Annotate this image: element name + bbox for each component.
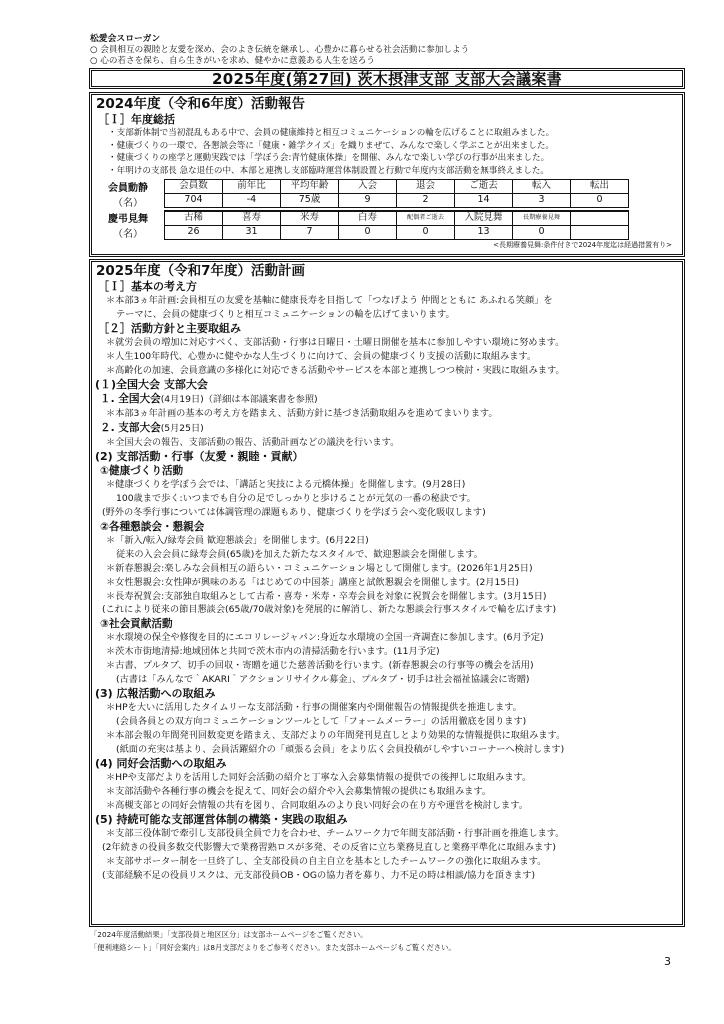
slogan-line: ○ 会員相互の親睦と友愛を深め、会のよき伝統を継承し、心豊かに暮らせる社会活動に… xyxy=(90,45,690,56)
summary-item: ・健康づくりの一環で、各懇談会等に「健康・雑学クイズ」を織りまぜて、みんなで楽し… xyxy=(108,140,682,153)
plan-item: ＊健康づくりを学ぼう会では、「講話と実技による元橋体操」を開催します。(9月28… xyxy=(106,478,682,492)
table-header-row: 古稀 喜寿 米寿 白寿 配偶者ご逝去 入院見舞 長期療養見舞 xyxy=(165,211,629,226)
table-cell: 7 xyxy=(281,225,339,239)
plan-item: ＊長寿祝賀会:支部独自取組みとして古希・喜寿・米寿・卒寿会員を対象に祝賀会を開催… xyxy=(106,590,682,604)
plan-text: (4) 同好会活動への取組み xyxy=(95,757,227,770)
table-cell xyxy=(571,211,629,226)
table-row: 704 -4 75歳 9 2 14 3 0 xyxy=(165,193,629,207)
page-number: 3 xyxy=(664,955,671,968)
plan-text: (3) 広報活動への取組み xyxy=(95,687,216,700)
plan-item: ＊全国大会の報告、支部活動の報告、活動計画などの議決を行います。 xyxy=(106,436,682,450)
slogan-line: ○ 心の若さを保ち、自ら生きがいを求め、健やかに意義ある人生を送ろう xyxy=(90,56,690,67)
plan-subheading: ［２］活動方針と主要取組み xyxy=(98,322,682,336)
table-cell: 白寿 xyxy=(339,211,397,226)
plan-text: ＊健康づくりを学ぼう会では、「講話と実技による元橋体操」を開催します。(9月28… xyxy=(106,479,465,490)
table-cell: 前年比 xyxy=(223,179,281,193)
table-cell: 0 xyxy=(513,225,571,239)
plan-item: 100歳まで歩く:いつまでも自分の足でしっかりと歩けることが元気の一番の秘訣です… xyxy=(116,492,682,506)
plan-item: ＊新春懇親会:楽しみな会員相互の語らい・コミュニケーション場として開催します。(… xyxy=(106,562,682,576)
plan-text: 従来の入会会員に緑寿会員(65歳)を加えた新たなスタイルで、歓迎懇談会を開催しま… xyxy=(116,549,483,560)
plan-text: (2年続きの役員多数交代影響大で業務習熟ロスが多発、その反省に立ち業務見直しと業… xyxy=(102,842,556,853)
plan-item: ＊古書、プルタブ、切手の回収・寄贈を通じた慈善活動を行います。(新春懇親会の行事… xyxy=(106,659,682,673)
plan-text: ③社会貢献活動 xyxy=(100,618,173,630)
plan-item: ＊支部三役体制で牽引し支部役員全員で力を合わせ、チームワーク力で年間支部活動・行… xyxy=(106,827,682,841)
plan-item: ＊人生100年時代、心豊かに健やかな人生づくりに向けて、会員の健康づくり支援の活… xyxy=(106,350,682,364)
plan-subheading: ①健康づくり活動 xyxy=(100,464,682,478)
table-cell: 9 xyxy=(339,193,397,207)
summary-item: ・支部新体制で当初混乱もある中で、会員の健康維持と相互コミュニケーションの輪を広… xyxy=(108,127,682,140)
table-cell: ご逝去 xyxy=(455,179,513,193)
condolence-table: 古稀 喜寿 米寿 白寿 配偶者ご逝去 入院見舞 長期療養見舞 26 31 7 0… xyxy=(164,210,629,240)
footer-line: 「便利連絡シート」「同好会案内」は8月支部だよりをご参考ください。また支部ホーム… xyxy=(90,942,456,955)
plan-item: ＊HPを大いに活用したタイムリーな支部活動・行事の開催案内や開催報告の情報提供を… xyxy=(106,701,682,715)
plan-item: ＊高齢化の加速、会員意識の多様化に対応できる活動やサービスを本部と連携しつつ検討… xyxy=(106,364,682,378)
table-cell: 入院見舞 xyxy=(455,211,513,226)
stats-area: 会員動静 （名） 慶弔見舞 （名） 会員数 前年比 平均年齢 入会 退会 ご逝去… xyxy=(94,179,682,251)
table-cell: 配偶者ご逝去 xyxy=(397,211,455,226)
plan-text: ＊本部3ヵ年計画の基本の考え方を踏まえ、活動方針に基づき活動取組みを進めてまいり… xyxy=(106,408,498,419)
plan-item: (古書は「みんなで｀AKARI｀アクションリサイクル募金」、プルタブ・切手は社会… xyxy=(116,673,682,687)
plan-item: (2年続きの役員多数交代影響大で業務習熟ロスが多発、その反省に立ち業務見直しと業… xyxy=(102,841,682,855)
table-cell: 転出 xyxy=(571,179,629,193)
plan-text: (古書は「みんなで｀AKARI｀アクションリサイクル募金」、プルタブ・切手は社会… xyxy=(116,674,529,685)
plan-item: ＊HPや支部だよりを活用した同好会活動の紹介と丁寧な入会募集情報の提供での後押し… xyxy=(106,771,682,785)
table-cell: 長期療養見舞 xyxy=(513,211,571,226)
plan-text: １. 全国大会 xyxy=(100,393,161,405)
slogan-block: 松愛会スローガン ○ 会員相互の親睦と友愛を深め、会のよき伝統を継承し、心豊かに… xyxy=(90,34,690,67)
summary-heading: ［Ｉ］年度総括 xyxy=(98,113,682,127)
plan-text: ＊古書、プルタブ、切手の回収・寄贈を通じた慈善活動を行います。(新春懇親会の行事… xyxy=(106,660,534,671)
plan-date-note: (4月19日)（詳細は本部議案書を参照) xyxy=(161,394,318,405)
table-cell xyxy=(571,225,629,239)
condolence-unit: （名） xyxy=(94,225,162,240)
plan-text: ＊高齢化の加速、会員意識の多様化に対応できる活動やサービスを本部と連携しつつ検討… xyxy=(106,365,565,376)
condolence-note: <長期療養見舞:条件付きで2024年度迄は経過措置有り> xyxy=(493,240,672,250)
plan-text: ＊茨木市街地清掃:地域団体と共同で茨木市内の清掃活動を行います。(11月予定) xyxy=(106,646,440,657)
table-cell: 0 xyxy=(571,193,629,207)
plan-subheading: (１)全国大会 支部大会 xyxy=(95,378,682,392)
plan-text: ＊HPを大いに活用したタイムリーな支部活動・行事の開催案内や開催報告の情報提供を… xyxy=(106,702,522,713)
plan-text: (支部経験不足の役員リスクは、元支部役員OB・OGの協力者を募り、力不足の時は相… xyxy=(102,870,535,881)
plan-date-note: (5月25日) xyxy=(161,423,204,434)
plan-item: ＊支部活動や各種行事の機会を捉えて、同好会の紹介や入会募集情報の提供にも取組みま… xyxy=(106,785,682,799)
slogan-title: 松愛会スローガン xyxy=(90,34,690,45)
plan-item: (野外の冬季行事については体調管理の課題もあり、健康づくりを学ぼう会へ変化吸収し… xyxy=(102,506,682,520)
summary-item: ・健康づくりの座学と運動実践では「学ぼう会:青竹健康体操」を開催、みんなで楽しい… xyxy=(108,152,682,165)
plan-text: ２. 支部大会 xyxy=(100,422,161,434)
plan-subheading: ②各種懇談会・懇親会 xyxy=(100,520,682,534)
plan-item: ＊茨木市街地清掃:地域団体と共同で茨木市内の清掃活動を行います。(11月予定) xyxy=(106,645,682,659)
table-cell: 3 xyxy=(513,193,571,207)
table-cell: 退会 xyxy=(397,179,455,193)
plan-text: 100歳まで歩く:いつまでも自分の足でしっかりと歩けることが元気の一番の秘訣です… xyxy=(116,493,476,504)
membership-table: 会員数 前年比 平均年齢 入会 退会 ご逝去 転入 転出 704 -4 75歳 … xyxy=(164,179,629,208)
table-cell: 31 xyxy=(223,225,281,239)
plan-subheading: ２. 支部大会(5月25日) xyxy=(100,421,682,436)
plan-subheading: (2) 支部活動・行事（友愛・親睦・貢献） xyxy=(95,450,682,464)
plan-item: ＊水環境の保全や修復を目的にエコリレージャパン:身近な水環境の全国一斉調査に参加… xyxy=(106,631,682,645)
plan-heading: 2025年度（令和7年度）活動計画 xyxy=(96,263,682,280)
plan-text: ＊水環境の保全や修復を目的にエコリレージャパン:身近な水環境の全国一斉調査に参加… xyxy=(106,632,544,643)
plan-subheading: １. 全国大会(4月19日)（詳細は本部議案書を参照) xyxy=(100,392,682,407)
plan-text: ＊長寿祝賀会:支部独自取組みとして古希・喜寿・米寿・卒寿会員を対象に祝賀会を開催… xyxy=(106,591,547,602)
plan-item: ＊女性懇親会:女性陣が興味のある「はじめての中国茶」講座と試飲懇親会を開催します… xyxy=(106,576,682,590)
document-title: 2025年度(第27回) 茨木摂津支部 支部大会議案書 xyxy=(89,68,685,89)
plan-text: ＊支部三役体制で牽引し支部役員全員で力を合わせ、チームワーク力で年間支部活動・行… xyxy=(106,828,564,839)
plan-text: ＊「新入/転入/緑寿会員 歓迎懇談会」を開催します。(6月22日) xyxy=(106,535,369,546)
plan-item: ＊支部サポーター制を一旦終了し、全支部役員の自主自立を基本としたチームワークの強… xyxy=(106,855,682,869)
plan-item: ＊本部会報の年間発刊回数変更を踏まえ、支部だよりの年間発刊見直しとより効果的な情… xyxy=(106,729,682,743)
membership-unit: （名） xyxy=(94,194,162,209)
plan-item: ＊本部3ヵ年計画の基本の考え方を踏まえ、活動方針に基づき活動取組みを進めてまいり… xyxy=(106,407,682,421)
plan-text: ＊高槻支部との同好会情報の共有を図り、合同取組みのより良い同好会の在り方や運営を… xyxy=(106,800,528,811)
plan-item: ＊高槻支部との同好会情報の共有を図り、合同取組みのより良い同好会の在り方や運営を… xyxy=(106,799,682,813)
plan-item: テーマに、会員の健康づくりと相互コミュニケーションの輪を広げてまいります。 xyxy=(116,308,682,322)
table-cell: 喜寿 xyxy=(223,211,281,226)
plan-text: (会員各員との双方向コミュニケーションツールとして「フォームメーラー」の活用徹底… xyxy=(116,716,526,727)
table-cell: 入会 xyxy=(339,179,397,193)
plan-text: (これにより従来の節目懇談会(65歳/70歳対象)を発展的に解消し、新たな懇談会… xyxy=(102,604,556,615)
table-cell: 2 xyxy=(397,193,455,207)
plan-text: ＊全国大会の報告、支部活動の報告、活動計画などの議決を行います。 xyxy=(106,437,399,448)
plan-text: (5) 持続可能な支部運営体制の構築・実践の取組み xyxy=(95,813,348,826)
footer-notes: 「2024年度活動結果」「支部役員と地区区分」は支部ホームページをご覧ください。… xyxy=(90,929,456,954)
plan-subheading: (3) 広報活動への取組み xyxy=(95,687,682,701)
table-cell: 704 xyxy=(165,193,223,207)
plan-item: 従来の入会会員に緑寿会員(65歳)を加えた新たなスタイルで、歓迎懇談会を開催しま… xyxy=(116,548,682,562)
plan-text: ＊就労会員の増加に対応すべく、支部活動・行事は日曜日・土曜日開催を基本に参加しや… xyxy=(106,337,564,348)
table-cell: 会員数 xyxy=(165,179,223,193)
plan-body: ［Ｉ］基本の考え方＊本部3ヵ年計画:会員相互の友愛を基軸に健康長寿を目指して「つ… xyxy=(92,280,682,883)
table-cell: 75歳 xyxy=(281,193,339,207)
table-cell: 米寿 xyxy=(281,211,339,226)
table-cell: 転入 xyxy=(513,179,571,193)
plan-subheading: (5) 持続可能な支部運営体制の構築・実践の取組み xyxy=(95,813,682,827)
plan-item: (会員各員との双方向コミュニケーションツールとして「フォームメーラー」の活用徹底… xyxy=(116,715,682,729)
summary-item: ・年明けの支部長 急な退任の中、本部と連携し支部臨時運営体制設置と行動で年度内支… xyxy=(108,165,682,178)
footer-line: 「2024年度活動結果」「支部役員と地区区分」は支部ホームページをご覧ください。 xyxy=(90,929,456,942)
plan-item: (これにより従来の節目懇談会(65歳/70歳対象)を発展的に解消し、新たな懇談会… xyxy=(102,603,682,617)
activity-plan-section: 2025年度（令和7年度）活動計画 ［Ｉ］基本の考え方＊本部3ヵ年計画:会員相互… xyxy=(89,259,685,927)
plan-item: ＊本部3ヵ年計画:会員相互の友愛を基軸に健康長寿を目指して「つなげよう 仲間とと… xyxy=(106,294,682,308)
table-row: 26 31 7 0 0 13 0 xyxy=(165,225,629,239)
report-heading: 2024年度（令和6年度）活動報告 xyxy=(96,96,682,113)
plan-text: ＊女性懇親会:女性陣が興味のある「はじめての中国茶」講座と試飲懇親会を開催します… xyxy=(106,577,519,588)
table-cell: 13 xyxy=(455,225,513,239)
plan-text: ＊HPや支部だよりを活用した同好会活動の紹介と丁寧な入会募集情報の提供での後押し… xyxy=(106,772,531,783)
plan-text: (１)全国大会 支部大会 xyxy=(95,378,208,391)
plan-text: ＊支部活動や各種行事の機会を捉えて、同好会の紹介や入会募集情報の提供にも取組みま… xyxy=(106,786,491,797)
plan-item: (支部経験不足の役員リスクは、元支部役員OB・OGの協力者を募り、力不足の時は相… xyxy=(102,869,682,883)
plan-text: ＊人生100年時代、心豊かに健やかな人生づくりに向けて、会員の健康づくり支援の活… xyxy=(106,351,536,362)
plan-subheading: (4) 同好会活動への取組み xyxy=(95,757,682,771)
table-cell: 0 xyxy=(339,225,397,239)
table-header-row: 会員数 前年比 平均年齢 入会 退会 ご逝去 転入 転出 xyxy=(165,179,629,193)
plan-text: ［２］活動方針と主要取組み xyxy=(98,322,241,335)
plan-item: (紙面の充実は基より、会員活躍紹介の「頑張る会員」をより広く会員投稿がしやすいコ… xyxy=(116,743,682,757)
membership-label: 会員動静 xyxy=(94,179,162,194)
table-cell: 古稀 xyxy=(165,211,223,226)
plan-text: (紙面の充実は基より、会員活躍紹介の「頑張る会員」をより広く会員投稿がしやすいコ… xyxy=(116,744,564,755)
table-cell: 平均年齢 xyxy=(281,179,339,193)
plan-text: ［Ｉ］基本の考え方 xyxy=(98,280,197,293)
plan-text: ＊本部3ヵ年計画:会員相互の友愛を基軸に健康長寿を目指して「つなげよう 仲間とと… xyxy=(106,295,553,306)
plan-subheading: ③社会貢献活動 xyxy=(100,617,682,631)
plan-text: ①健康づくり活動 xyxy=(100,465,183,477)
plan-text: ＊支部サポーター制を一旦終了し、全支部役員の自主自立を基本としたチームワークの強… xyxy=(106,856,546,867)
activity-report-section: 2024年度（令和6年度）活動報告 ［Ｉ］年度総括 ・支部新体制で当初混乱もある… xyxy=(89,92,685,257)
plan-text: テーマに、会員の健康づくりと相互コミュニケーションの輪を広げてまいります。 xyxy=(116,309,455,320)
plan-subheading: ［Ｉ］基本の考え方 xyxy=(98,280,682,294)
table-cell: 14 xyxy=(455,193,513,207)
table-cell: 26 xyxy=(165,225,223,239)
plan-item: ＊就労会員の増加に対応すべく、支部活動・行事は日曜日・土曜日開催を基本に参加しや… xyxy=(106,336,682,350)
table-cell: 0 xyxy=(397,225,455,239)
plan-text: (2) 支部活動・行事（友愛・親睦・貢献） xyxy=(95,450,304,463)
plan-text: ＊本部会報の年間発刊回数変更を踏まえ、支部だよりの年間発刊見直しとより効果的な情… xyxy=(106,730,565,741)
plan-text: (野外の冬季行事については体調管理の課題もあり、健康づくりを学ぼう会へ変化吸収し… xyxy=(102,507,486,518)
condolence-label: 慶弔見舞 xyxy=(94,210,162,225)
plan-text: ＊新春懇親会:楽しみな会員相互の語らい・コミュニケーション場として開催します。(… xyxy=(106,563,533,574)
plan-text: ②各種懇談会・懇親会 xyxy=(100,521,204,533)
table-cell: -4 xyxy=(223,193,281,207)
plan-item: ＊「新入/転入/緑寿会員 歓迎懇談会」を開催します。(6月22日) xyxy=(106,534,682,548)
